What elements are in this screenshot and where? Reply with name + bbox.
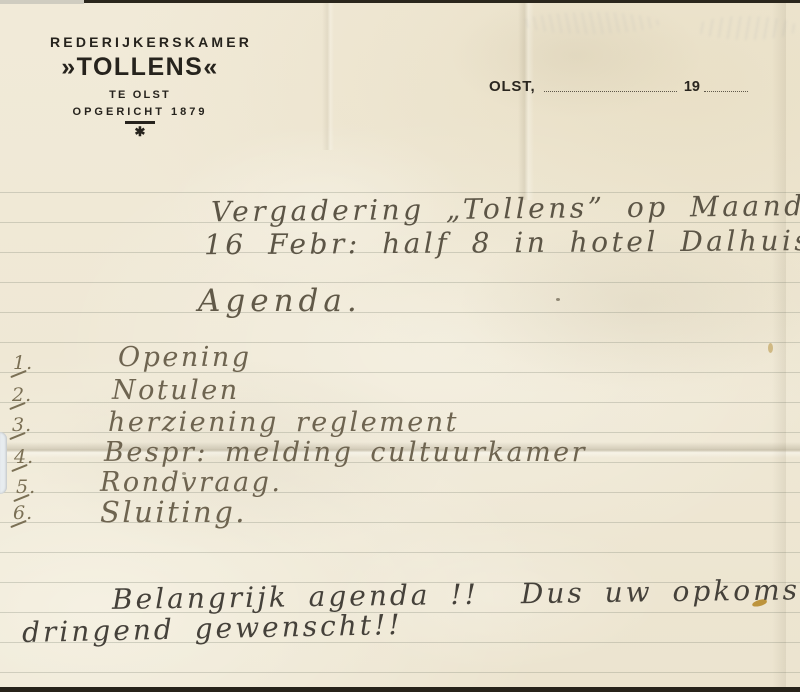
agenda-item-text: Bespr: melding cultuurkamer xyxy=(104,437,587,468)
dateline-place: OLST, xyxy=(489,79,536,94)
agenda-item-text: Rondvraag. xyxy=(100,467,282,498)
closing-gap xyxy=(479,603,521,604)
dateline: OLST, 19 xyxy=(489,79,748,94)
agenda-item-number: 4. xyxy=(14,446,34,468)
paper-stain xyxy=(768,343,773,353)
closing-part-2: Dus uw opkomst xyxy=(521,573,800,610)
scan-edge-top xyxy=(84,0,800,3)
agenda-item-text: Notulen xyxy=(112,375,240,406)
scanned-document: REDERIJKERSKAMER »TOLLENS« TE OLST OPGER… xyxy=(0,0,800,692)
agenda-item-number: 6. xyxy=(13,502,33,524)
paper-speck xyxy=(556,298,560,301)
asterisk-star-icon: ✱ xyxy=(50,125,230,138)
agenda-item-number: 5. xyxy=(16,476,36,498)
agenda-item-number: 1. xyxy=(13,352,33,374)
heading-line-2: 16 Febr: half 8 in hotel Dalhuisen. xyxy=(204,224,800,262)
dateline-dotted-rule xyxy=(544,89,677,92)
organization-founded: OPGERICHT 1879 xyxy=(50,106,230,118)
scan-edge-bottom xyxy=(0,687,800,692)
organization-location: TE OLST xyxy=(50,89,230,101)
dateline-year-prefix: 19 xyxy=(684,80,700,95)
agenda-item-text: Opening xyxy=(118,342,252,373)
heading-line-1: Vergadering „Tollens” op Maandag xyxy=(211,189,800,229)
agenda-item-text: herziening reglement xyxy=(108,407,459,438)
paper-edge-notch xyxy=(0,432,7,494)
organization-name: »TOLLENS« xyxy=(50,53,230,82)
agenda-title: Agenda. xyxy=(198,283,362,319)
agenda-item-number: 3. xyxy=(12,414,32,436)
agenda-item-number: 2. xyxy=(12,384,32,406)
organization-type: REDERIJKERSKAMER xyxy=(50,34,230,50)
dateline-dotted-rule xyxy=(704,89,748,92)
agenda-item-text: Sluiting. xyxy=(100,495,247,529)
scan-corner-top-left xyxy=(0,0,84,4)
letterhead: REDERIJKERSKAMER »TOLLENS« TE OLST OPGER… xyxy=(50,34,230,138)
